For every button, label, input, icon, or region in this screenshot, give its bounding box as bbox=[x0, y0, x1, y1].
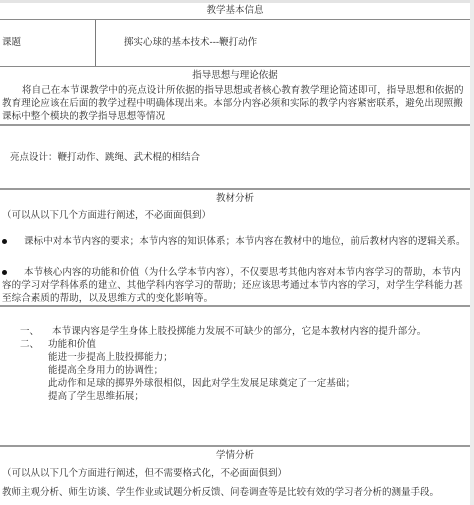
lesson-plan-page: 教学基本信息 课题 掷实心球的基本技术---鞭打动作 指导思想与理论依据 将自己… bbox=[0, 0, 474, 505]
bullet-icon bbox=[2, 270, 7, 275]
material-analysis-header: 教材分析 bbox=[0, 192, 470, 205]
list-number-1: 一、 bbox=[20, 325, 39, 338]
learner-analysis-text: 教师主观分析、师生访谈、学生作业或试题分析反馈、问卷调查等是比较有效的学习者分析… bbox=[2, 486, 439, 499]
guiding-thought-header: 指导思想与理论依据 bbox=[0, 69, 470, 82]
column-divider bbox=[95, 20, 96, 66]
topic-label: 课题 bbox=[2, 36, 21, 49]
material-bullet-2-line-1: 本节核心内容的功能和价值（为什么学本节内容），不仅要思考其他内容对本节内容学习的… bbox=[24, 266, 461, 279]
material-bullet-1: 课标中对本节内容的要求；本节内容的知识体系；本节内容在教材中的地位，前后教材内容… bbox=[24, 235, 466, 248]
highlight-design: 亮点设计：鞭打动作、跳绳、武术棍的相结合 bbox=[10, 151, 200, 164]
guiding-thought-line-2: 教育理论应该在后面的教学过程中明确体现出来。本部分内容必须和实际的教学内容紧密联… bbox=[2, 97, 463, 110]
material-analysis-note: （可以从以下几个方面进行阐述，不必面面俱到） bbox=[2, 209, 211, 222]
list-number-2: 二、 bbox=[20, 338, 39, 351]
guiding-thought-line-1: 将自己在本节课教学中的亮点设计所依据的指导思想或者核心教育教学理论简述即可，指导… bbox=[22, 84, 464, 97]
value-line-4: 提高了学生思维拓展； bbox=[48, 390, 144, 403]
divider bbox=[0, 188, 470, 190]
divider bbox=[0, 445, 470, 447]
right-edge bbox=[470, 0, 474, 505]
value-line-3: 此动作和足球的掷界外球很相似，因此对学生发展足球奠定了一定基础； bbox=[48, 377, 355, 390]
bullet-icon bbox=[2, 239, 7, 244]
basic-info-header: 教学基本信息 bbox=[0, 4, 470, 17]
learner-analysis-note: （可以从以下几个方面进行阐述，但不需要格式化，不必面面俱到） bbox=[2, 467, 287, 480]
value-line-2: 能提高全身用力的协调性； bbox=[48, 364, 163, 377]
learner-analysis-header: 学情分析 bbox=[0, 449, 470, 462]
divider bbox=[0, 66, 470, 67]
material-bullet-2-line-3: 至综合素质的帮助，以及思维方式的变化影响等。 bbox=[2, 292, 213, 305]
divider bbox=[0, 19, 470, 20]
guiding-thought-line-3: 课标中整个模块的教学指导思想等情况 bbox=[2, 110, 165, 123]
topic-value: 掷实心球的基本技术---鞭打动作 bbox=[124, 36, 257, 49]
value-line-1: 能进一步提高上肢投掷能力； bbox=[48, 351, 173, 364]
list-item-2: 功能和价值 bbox=[48, 338, 96, 351]
top-edge bbox=[0, 0, 474, 3]
list-item-1: 本节课内容是学生身体上肢投掷能力发展不可缺少的部分，它是本教材内容的提升部分。 bbox=[52, 325, 426, 338]
divider bbox=[0, 305, 470, 307]
material-bullet-2-line-2: 容的学习对学科体系的建立、其他学科内容学习的帮助；还应该思考通过本节内容的学习，… bbox=[2, 279, 463, 292]
divider bbox=[0, 124, 470, 126]
